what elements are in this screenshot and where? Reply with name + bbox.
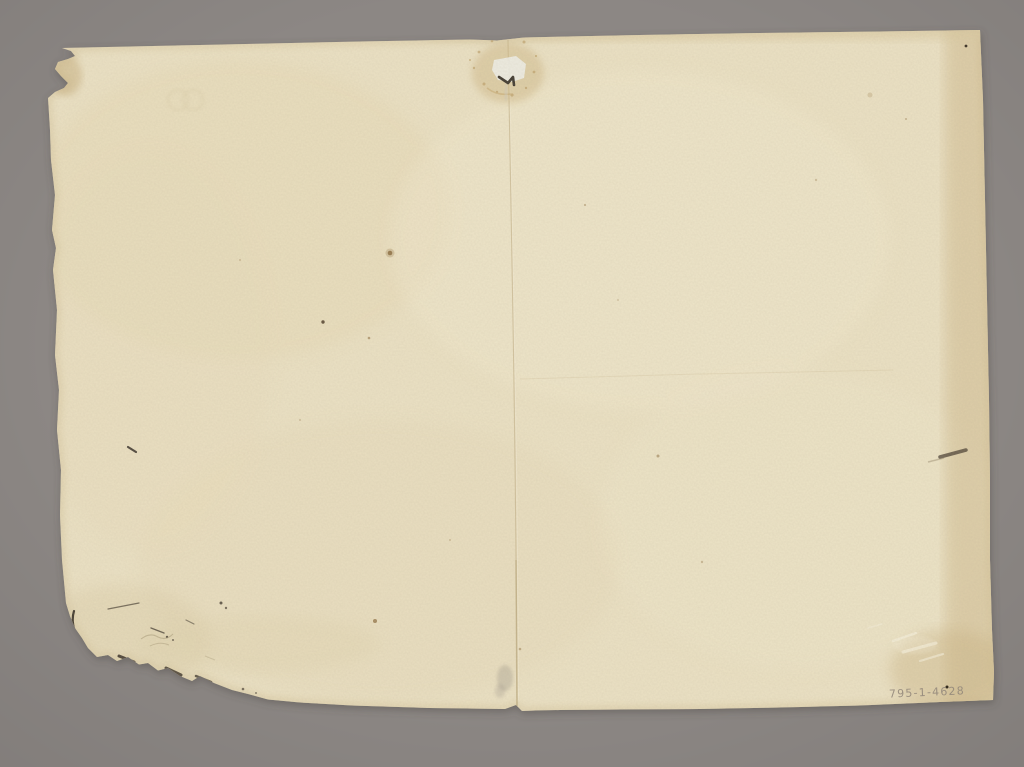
paper-sheet: 795-1-4628 [30, 20, 1010, 720]
photo-of-paper-verso: 795-1-4628 [0, 0, 1024, 767]
scene-canvas: 795-1-4628 [0, 0, 1024, 767]
paper-grain [40, 20, 1000, 720]
